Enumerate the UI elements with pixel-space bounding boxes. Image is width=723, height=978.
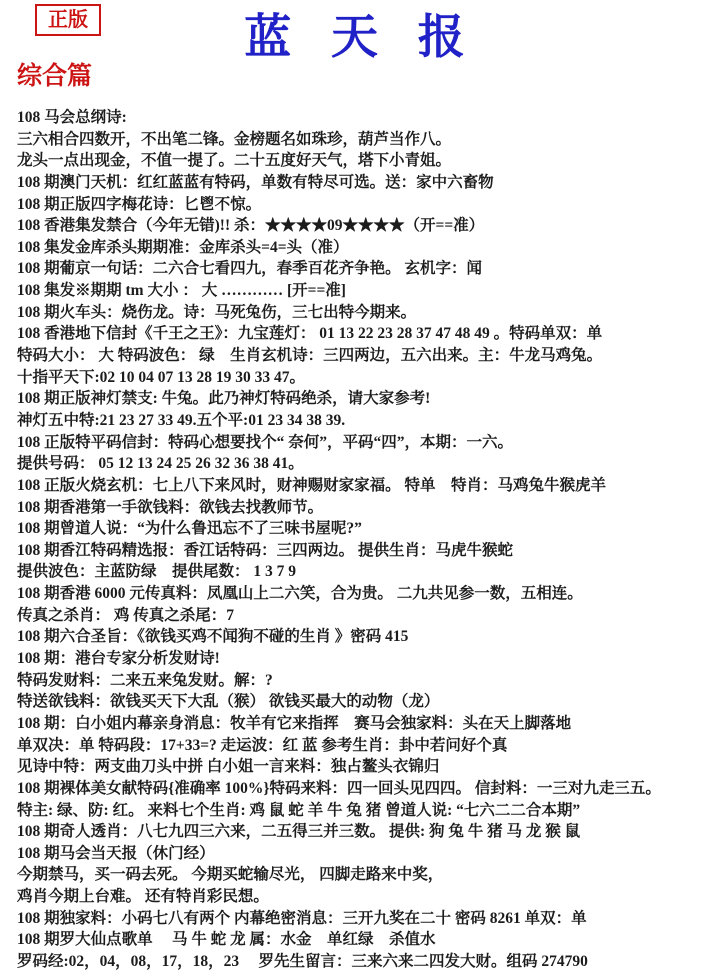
text-line: 提供波色：主蓝防绿 提供尾数： 1 3 7 9 bbox=[17, 561, 719, 583]
text-line: 特主: 绿、防: 红。 来料七个生肖: 鸡 鼠 蛇 羊 牛 兔 猪 曾道人说: … bbox=[17, 800, 719, 822]
blue-sky-report-page: { "page": { "badge": "正版", "title": "蓝 天… bbox=[0, 0, 723, 978]
text-line: 108 期独家料：小码七八有两个 内幕绝密消息：三开九奖在二十 密码 8261 … bbox=[17, 908, 719, 930]
section-title: 综合篇 bbox=[17, 56, 92, 92]
text-line: 108 期葡京一句话：二六合七看四九，春季百花齐争艳。 玄机字：闻 bbox=[17, 258, 719, 280]
text-line: 108 期正版神灯禁支: 牛兔。此乃神灯特码绝杀，请大家参考! bbox=[17, 388, 719, 410]
page-title: 蓝 天 报 bbox=[0, 0, 723, 67]
text-line: 见诗中特：两支曲刀头中拼 白小姐一言来料：独占鳌头衣锦归 bbox=[17, 756, 719, 778]
text-line: 108 期曾道人说：“为什么鲁迅忘不了三味书屋呢?” bbox=[17, 518, 719, 540]
text-line: 108 期正版四字梅花诗：匕鬯不惊。 bbox=[17, 194, 719, 216]
text-line: 108 马会总纲诗: bbox=[17, 107, 719, 129]
text-line: 神灯五中特:21 23 27 33 49.五个平:01 23 34 38 39. bbox=[17, 410, 719, 432]
text-line: 鸡肖今期上台难。 还有特肖彩民想。 bbox=[17, 886, 719, 908]
text-line: 龙头一点出现金，不值一提了。二十五度好天气，塔下小青姐。 bbox=[17, 150, 719, 172]
text-line: 108 正版特平码信封：特码心想要找个“ 奈何”，平码“四”，本期：一六。 bbox=[17, 432, 719, 454]
text-line: 罗码经:02，04，08，17，18，23 罗先生留言：三来六来二四发大财。组码… bbox=[17, 951, 719, 973]
text-line: 108 期香港 6000 元传真料：凤凰山上二六笑，合为贵。 二九共见参一数，五… bbox=[17, 583, 719, 605]
text-line: 108 期：白小姐内幕亲身消息：牧羊有它来指挥 赛马会独家料：头在天上脚落地 bbox=[17, 713, 719, 735]
text-line: 十指平天下:02 10 04 07 13 28 19 30 33 47。 bbox=[17, 367, 719, 389]
text-line: 108 香港地下信封《千王之王》：九宝莲灯： 01 13 22 23 28 37… bbox=[17, 323, 719, 345]
report-body: 108 马会总纲诗: 三六相合四数开，不出笔二锋。金榜题名如珠珍，葫芦当作八。 … bbox=[17, 107, 719, 973]
text-line: 108 集发金库杀头期期准：金库杀头=4=头（准） bbox=[17, 237, 719, 259]
text-line: 108 香港集发禁合（今年无错)!! 杀：★★★★09★★★★（开==准） bbox=[17, 215, 719, 237]
text-line: 今期禁马，买一码去死。 今期买蛇输尽光， 四脚走路来中奖， bbox=[17, 864, 719, 886]
text-line: 提供号码： 05 12 13 24 25 26 32 36 38 41。 bbox=[17, 453, 719, 475]
text-line: 传真之杀肖： 鸡 传真之杀尾：7 bbox=[17, 605, 719, 627]
text-line: 特码发财料：二来五来兔发财。解：? bbox=[17, 670, 719, 692]
text-line: 108 期火车头：烧伤龙。诗：马死兔伤，三七出特今期来。 bbox=[17, 302, 719, 324]
text-line: 108 期六合圣旨：《欲钱买鸡不闻狗不碰的生肖 》密码 415 bbox=[17, 626, 719, 648]
text-line: 108 期裸体美女献特码{准确率 100%}特码来料：四一回头见四四。 信封料：… bbox=[17, 778, 719, 800]
text-line: 特码大小： 大 特码波色： 绿 生肖玄机诗：三四两边，五六出来。主：牛龙马鸡兔。 bbox=[17, 345, 719, 367]
text-line: 108 期香港第一手欲钱料：欲钱去找教师节。 bbox=[17, 497, 719, 519]
text-line: 三六相合四数开，不出笔二锋。金榜题名如珠珍，葫芦当作八。 bbox=[17, 129, 719, 151]
text-line: 108 期：港台专家分析发财诗! bbox=[17, 648, 719, 670]
text-line: 108 期香江特码精选报：香江话特码：三四两边。 提供生肖：马虎牛猴蛇 bbox=[17, 540, 719, 562]
text-line: 108 期马会当天报（休门经） bbox=[17, 843, 719, 865]
text-line: 108 期罗大仙点歌单 马 牛 蛇 龙 属：水金 单红绿 杀值水 bbox=[17, 929, 719, 951]
text-line: 108 正版火烧玄机：七上八下来风时，财神赐财家家福。 特单 特肖：马鸡兔牛猴虎… bbox=[17, 475, 719, 497]
text-line: 108 期奇人透肖：八七九四三六来，二五得三并三数。 提供: 狗 兔 牛 猪 马… bbox=[17, 821, 719, 843]
text-line: 特送欲钱料：欲钱买天下大乱（猴） 欲钱买最大的动物（龙） bbox=[17, 691, 719, 713]
text-line: 108 期澳门天机：红红蓝蓝有特码，单数有特尽可选。送：家中六畜物 bbox=[17, 172, 719, 194]
text-line: 单双决：单 特码段：17+33=? 走运波：红 蓝 参考生肖：卦中若问好个真 bbox=[17, 735, 719, 757]
text-line: 108 集发※期期 tm 大小 ： 大 ………… [开==准] bbox=[17, 280, 719, 302]
